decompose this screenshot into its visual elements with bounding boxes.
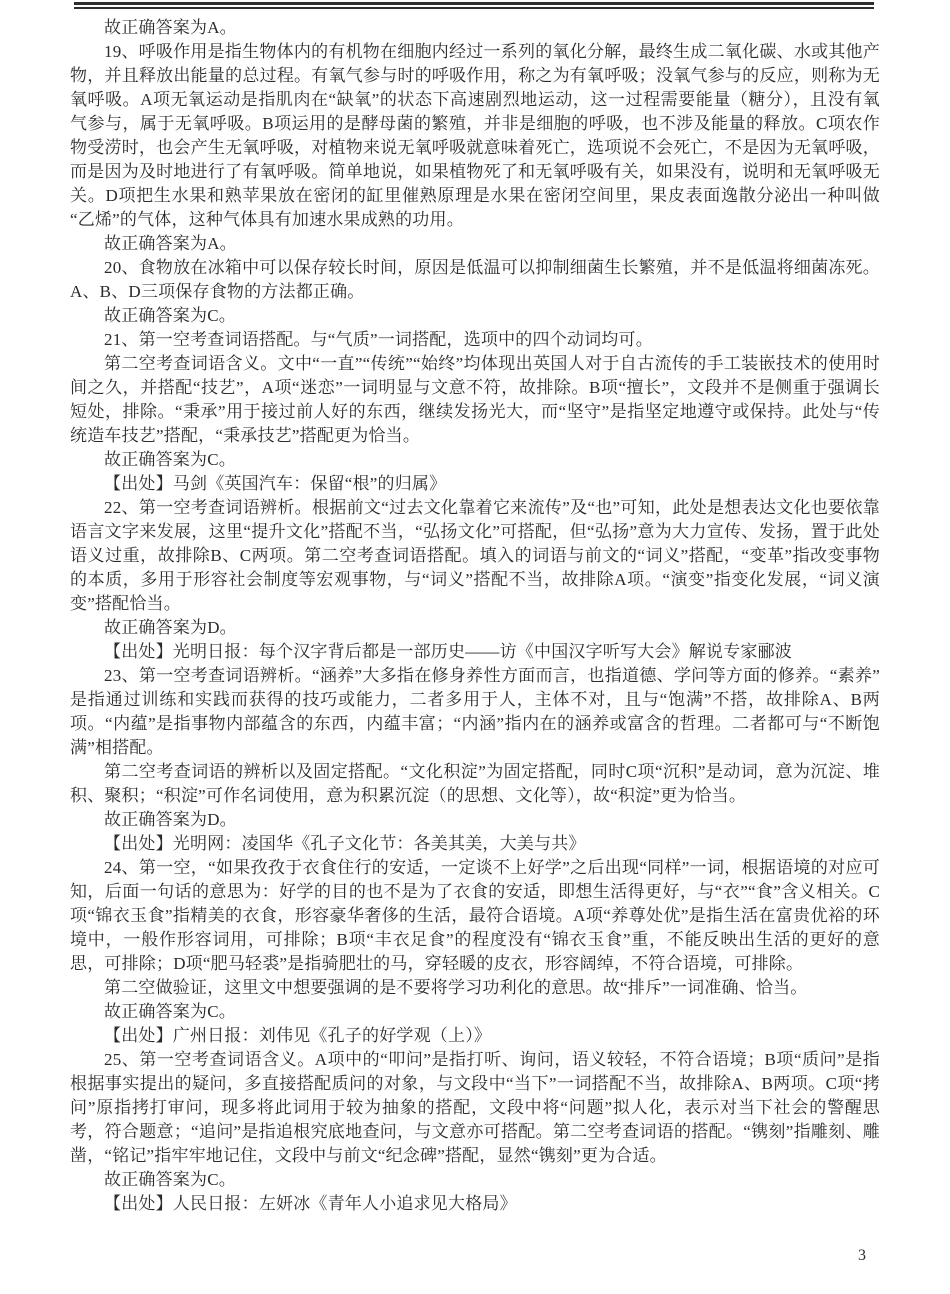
explanation-q25: 25、第一空考查词语含义。A项中的“叩问”是指打听、询问，语义较轻，不符合语境；…	[70, 1048, 880, 1168]
explanation-q24-blank1: 24、第一空，“如果孜孜于衣食住行的安适，一定谈不上好学”之后出现“同样”一词，…	[70, 856, 880, 976]
source-reference-q25: 【出处】人民日报：左妍冰《青年人小追求见大格局》	[70, 1192, 880, 1216]
page-number: 3	[858, 1246, 866, 1266]
answer-statement-q21: 故正确答案为C。	[70, 448, 880, 472]
header-rule	[74, 2, 874, 9]
explanation-q22: 22、第一空考查词语辨析。根据前文“过去文化靠着它来流传”及“也”可知，此处是想…	[70, 496, 880, 616]
answer-statement-q23: 故正确答案为D。	[70, 808, 880, 832]
document-page: 故正确答案为A。 19、呼吸作用是指生物体内的有机物在细胞内经过一系列的氧化分解…	[0, 0, 950, 1294]
answer-statement-q19: 故正确答案为A。	[70, 232, 880, 256]
explanation-q20: 20、食物放在冰箱中可以保存较长时间，原因是低温可以抑制细菌生长繁殖，并不是低温…	[70, 256, 880, 304]
explanation-q21-blank2: 第二空考查词语含义。文中“一直”“传统”“始终”均体现出英国人对于自古流传的手工…	[70, 352, 880, 448]
answer-statement-q22: 故正确答案为D。	[70, 616, 880, 640]
source-reference-q24: 【出处】广州日报：刘伟见《孔子的好学观（上）》	[70, 1024, 880, 1048]
answer-statement: 故正确答案为A。	[70, 16, 880, 40]
explanation-q21-blank1: 21、第一空考查词语搭配。与“气质”一词搭配，选项中的四个动词均可。	[70, 328, 880, 352]
explanation-q23-blank2: 第二空考查词语的辨析以及固定搭配。“文化积淀”为固定搭配，同时C项“沉积”是动词…	[70, 760, 880, 808]
header-rule-thin-line	[74, 7, 874, 9]
source-reference-q23: 【出处】光明网：凌国华《孔子文化节：各美其美，大美与共》	[70, 832, 880, 856]
explanation-q24-blank2: 第二空做验证，这里文中想要强调的是不要将学习功利化的意思。故“排斥”一词准确、恰…	[70, 976, 880, 1000]
explanation-q19: 19、呼吸作用是指生物体内的有机物在细胞内经过一系列的氧化分解，最终生成二氧化碳…	[70, 40, 880, 232]
answer-statement-q20: 故正确答案为C。	[70, 304, 880, 328]
document-body: 故正确答案为A。 19、呼吸作用是指生物体内的有机物在细胞内经过一系列的氧化分解…	[70, 16, 880, 1216]
answer-statement-q24: 故正确答案为C。	[70, 1000, 880, 1024]
answer-statement-q25: 故正确答案为C。	[70, 1168, 880, 1192]
explanation-q23-blank1: 23、第一空考查词语辨析。“涵养”大多指在修身养性方面而言，也指道德、学问等方面…	[70, 664, 880, 760]
source-reference-q22: 【出处】光明日报：每个汉字背后都是一部历史——访《中国汉字听写大会》解说专家郦波	[70, 640, 880, 664]
source-reference-q21: 【出处】马剑《英国汽车：保留“根”的归属》	[70, 472, 880, 496]
